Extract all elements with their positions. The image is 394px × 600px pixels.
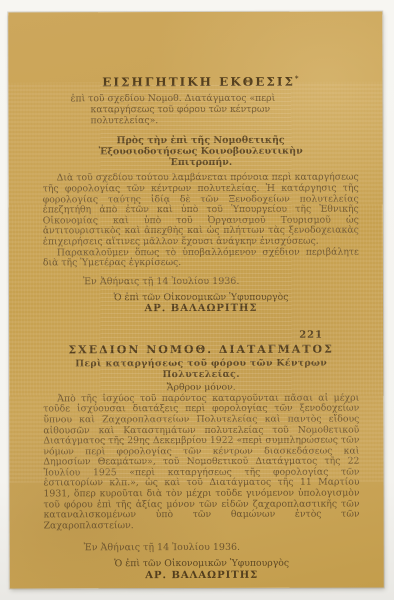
title-footnote-mark: * — [295, 74, 299, 83]
decree-signature-title: Ὁ ἐπὶ τῶν Οἰκονομικῶν Ὑφυπουργὸς — [44, 559, 360, 570]
report-dateline: Ἐν Ἀθήναις τῇ 14 Ἰουλίου 1936. — [83, 275, 359, 287]
report-title: ΕΙΣΗΓΗΤΙΚΗ ΕΚΘΕΣΙΣ* — [42, 74, 358, 90]
decree-title: ΣΧΕΔΙΟΝ ΝΟΜΟΘ. ΔΙΑΤΑΓΜΑΤΟΣ — [43, 342, 359, 356]
decree-dateline: Ἐν Ἀθήναις τῇ 14 Ἰουλίου 1936. — [84, 542, 360, 554]
report-paragraph-2: Παρακαλοῦμεν ὅπως τὸ ὑποβαλλόμενον σχέδι… — [43, 247, 359, 269]
report-signature-name: ΑΡ. ΒΑΛΑΩΡΙΤΗΣ — [43, 304, 359, 315]
decree-article-heading: Ἄρθρον μόνον. — [43, 381, 359, 393]
report-signature-block: Ὁ ἐπὶ τῶν Οἰκονομικῶν Ὑφυπουργὸς ΑΡ. ΒΑΛ… — [43, 292, 359, 315]
report-section: ΕΙΣΗΓΗΤΙΚΗ ΕΚΘΕΣΙΣ* ἐπὶ τοῦ σχεδίου Νομο… — [42, 74, 359, 316]
page-number: 221 — [43, 329, 323, 341]
document-page: ΕΙΣΗΓΗΤΙΚΗ ΕΚΘΕΣΙΣ* ἐπὶ τοῦ σχεδίου Νομο… — [8, 12, 384, 589]
decree-body: Ἀπὸ τῆς ἰσχύος τοῦ παρόντος καταργοῦνται… — [43, 393, 359, 532]
decree-subtitle: Περὶ καταργήσεως τοῦ φόρου τῶν Κέντρων Π… — [43, 357, 359, 380]
report-signature-title: Ὁ ἐπὶ τῶν Οἰκονομικῶν Ὑφυπουργὸς — [43, 292, 359, 303]
scanner-background: { "page_number": "221", "report": { "tit… — [0, 0, 394, 600]
decree-signature-block: Ὁ ἐπὶ τῶν Οἰκονομικῶν Ὑφυπουργὸς ΑΡ. ΒΑΛ… — [44, 559, 360, 582]
report-paragraph-1: Διὰ τοῦ σχεδίου τούτου λαμβάνεται πρόνοι… — [43, 173, 359, 248]
decree-signature-name: ΑΡ. ΒΑΛΑΩΡΙΤΗΣ — [44, 571, 360, 582]
report-addressee: Πρὸς τὴν ἐπὶ τῆς Νομοθετικῆς Ἐξουσιοδοτή… — [83, 135, 319, 169]
decree-section: ΣΧΕΔΙΟΝ ΝΟΜΟΘ. ΔΙΑΤΑΓΜΑΤΟΣ Περὶ καταργήσ… — [43, 342, 360, 582]
report-title-text: ΕΙΣΗΓΗΤΙΚΗ ΕΚΘΕΣΙΣ — [102, 75, 295, 90]
report-subtitle: ἐπὶ τοῦ σχεδίου Νομοθ. Διατάγματος «περὶ… — [70, 94, 340, 127]
